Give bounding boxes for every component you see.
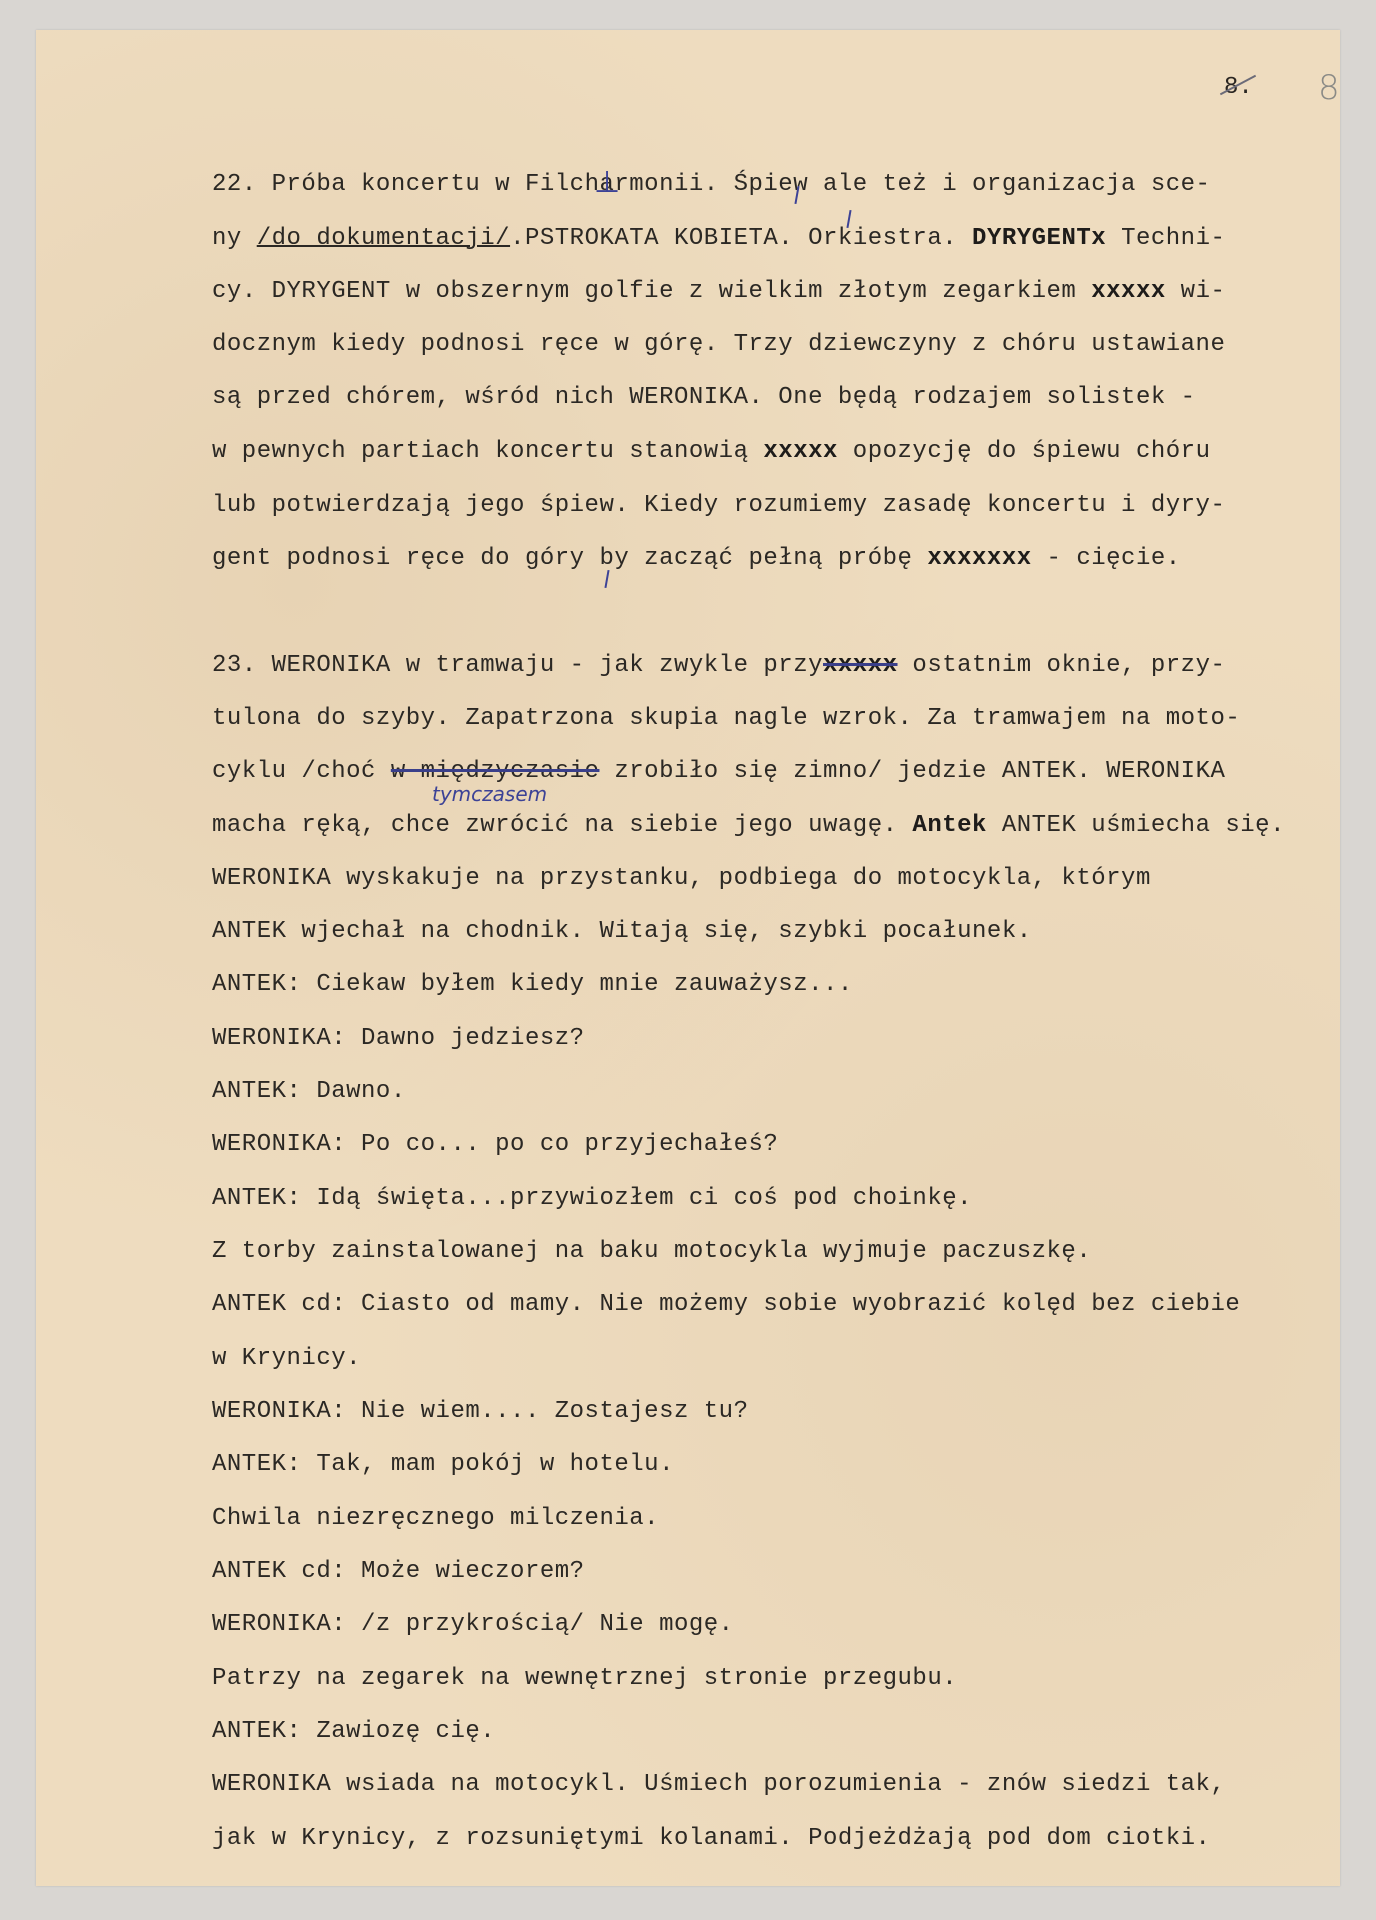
dialogue-line: WERONIKA: Nie wiem.... Zostajesz tu? xyxy=(212,1400,748,1424)
pencil-page-number: 8 xyxy=(1318,68,1340,108)
action-line: Z torby zainstalowanej na baku motocykla… xyxy=(212,1240,1091,1264)
action-line: WERONIKA wsiada na motocykl. Uśmiech por… xyxy=(212,1773,1225,1797)
scene22-line-8: gent podnosi ręce do góry by zacząć pełn… xyxy=(212,547,1181,571)
text: gent podnosi ręce do góry by zacząć pełn… xyxy=(212,545,927,572)
scene22-line-1: 22. Próba koncertu w Filcharmonii. Śpiew… xyxy=(212,173,1210,197)
pen-comma-mark xyxy=(604,570,609,588)
dialogue-line: ANTEK: Ciekaw byłem kiedy mnie zauważysz… xyxy=(212,973,853,997)
scene22-line-3: cy. DYRYGENT w obszernym golfie z wielki… xyxy=(212,280,1225,304)
text: cyklu /choć xyxy=(212,758,391,785)
text: w pewnych partiach koncertu stanowią xyxy=(212,438,763,465)
pen-corrected-letter: c xyxy=(570,171,585,198)
typed-strikeout: xxxxxxx xyxy=(927,545,1031,572)
dialogue-line: ANTEK cd: Ciasto od mamy. Nie możemy sob… xyxy=(212,1293,1240,1317)
text: harmonii. Śpiew ale też i organizacja sc… xyxy=(585,171,1211,198)
scene22-line-6: w pewnych partiach koncertu stanowią xxx… xyxy=(212,440,1210,464)
text: - cięcie. xyxy=(1032,545,1181,572)
pen-strikeout: w międzyczasie xyxy=(391,758,600,785)
dialogue-line: ANTEK cd: Może wieczorem? xyxy=(212,1560,585,1584)
text: .PSTROKATA KOBIETA. Orkiestra. xyxy=(510,225,972,252)
scene22-line-7: lub potwierdzają jego śpiew. Kiedy rozum… xyxy=(212,494,1225,518)
scene23-line-4: macha ręką, chce zwrócić na siebie jego … xyxy=(212,814,1285,838)
dialogue-line: WERONIKA: /z przykrością/ Nie mogę. xyxy=(212,1613,734,1637)
dialogue-line: w Krynicy. xyxy=(212,1347,361,1371)
typed-strikeout: DYRYGENTx xyxy=(972,225,1106,252)
dialogue-line: ANTEK: Zawiozę cię. xyxy=(212,1720,495,1744)
dialogue-line: ANTEK: Tak, mam pokój w hotelu. xyxy=(212,1453,674,1477)
dialogue-line: WERONIKA: Po co... po co przyjechałeś? xyxy=(212,1133,778,1157)
dialogue-line: WERONIKA: Dawno jedziesz? xyxy=(212,1027,585,1051)
dialogue-line: ANTEK: Idą święta...przywiozłem ci coś p… xyxy=(212,1187,972,1211)
scene22-line-2: ny /do dokumentacji/.PSTROKATA KOBIETA. … xyxy=(212,227,1225,251)
scene23-line-3: cyklu /choć w międzyczasie zrobiło się z… xyxy=(212,760,1225,784)
scene22-line-4: docznym kiedy podnosi ręce w górę. Trzy … xyxy=(212,333,1225,357)
text: 22. Próba koncertu w Fil xyxy=(212,171,570,198)
text: ny xyxy=(212,225,257,252)
text: wi- xyxy=(1166,278,1226,305)
text: zrobiło się zimno/ jedzie ANTEK. WERONIK… xyxy=(599,758,1225,785)
typed-page-number: 8. xyxy=(1224,74,1253,101)
scene23-line-1: 23. WERONIKA w tramwaju - jak zwykle prz… xyxy=(212,654,1225,678)
text: 23. WERONIKA w tramwaju - jak zwykle prz… xyxy=(212,652,823,679)
text: macha ręką, chce zwrócić na siebie jego … xyxy=(212,812,912,839)
dialogue-line: ANTEK: Dawno. xyxy=(212,1080,406,1104)
scene23-line-2: tulona do szyby. Zapatrzona skupia nagle… xyxy=(212,707,1240,731)
pen-strikeout: xxxxx xyxy=(823,652,898,679)
pen-correction-mark-icon: ⊥ xyxy=(594,165,620,200)
text: ANTEK uśmiecha się. xyxy=(987,812,1285,839)
underlined-note: /do dokumentacji/ xyxy=(257,225,510,252)
typed-strikeout: xxxxx xyxy=(763,438,838,465)
text: opozycję do śpiewu chóru xyxy=(838,438,1211,465)
text: ostatnim oknie, przy- xyxy=(898,652,1226,679)
typed-strikeout: xxxxx xyxy=(1091,278,1166,305)
action-line: jak w Krynicy, z rozsuniętymi kolanami. … xyxy=(212,1827,1210,1851)
scene23-line-6: ANTEK wjechał na chodnik. Witają się, sz… xyxy=(212,920,1032,944)
action-line: Chwila niezręcznego milczenia. xyxy=(212,1507,659,1531)
typescript-page: 8. 8 22. Próba koncertu w Filcharmonii. … xyxy=(36,30,1340,1886)
text: cy. DYRYGENT w obszernym golfie z wielki… xyxy=(212,278,1091,305)
action-line: Patrzy na zegarek na wewnętrznej stronie… xyxy=(212,1667,957,1691)
typed-strikeout: Antek xyxy=(912,812,987,839)
handwritten-insertion: tymczasem xyxy=(432,782,547,806)
text: Techni- xyxy=(1106,225,1225,252)
scene22-line-5: są przed chórem, wśród nich WERONIKA. On… xyxy=(212,386,1196,410)
scene23-line-5: WERONIKA wyskakuje na przystanku, podbie… xyxy=(212,867,1151,891)
